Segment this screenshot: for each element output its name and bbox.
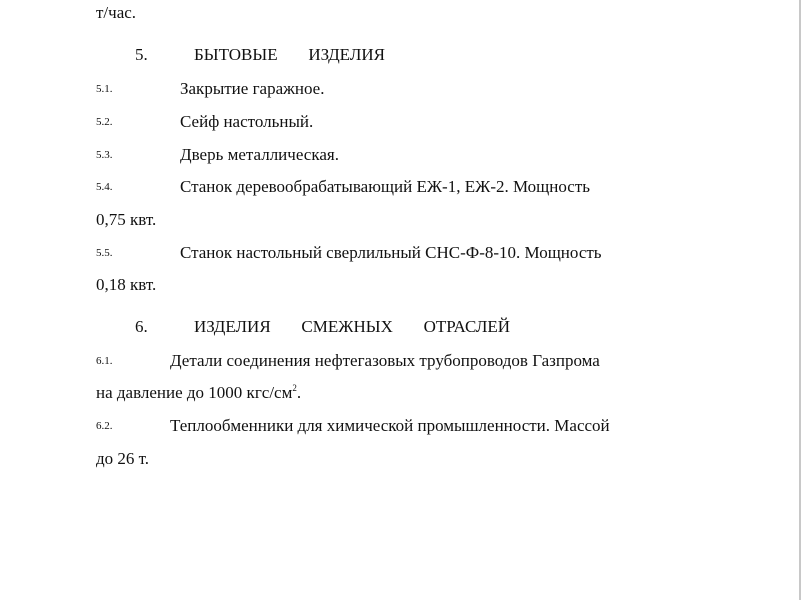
item-number: 5.5. — [96, 243, 113, 263]
item-number: 5.4. — [96, 177, 113, 197]
section-5-number: 5. — [135, 45, 148, 65]
continuation-text: т/час. — [96, 3, 136, 23]
item-number: 6.2. — [96, 416, 113, 436]
item-text: Детали соединения нефтегазовых трубопров… — [170, 351, 600, 371]
item-text: Сейф настольный. — [180, 112, 313, 132]
item-number: 6.1. — [96, 351, 113, 371]
item-text: Теплообменники для химической промышленн… — [170, 416, 610, 436]
item-text: Станок настольный сверлильный СНС-Ф-8-10… — [180, 243, 602, 263]
item-continuation: на давление до 1000 кгс/см2. — [96, 383, 301, 403]
continuation-end: . — [297, 383, 301, 402]
item-continuation: 0,75 квт. — [96, 210, 156, 230]
continuation-main: на давление до 1000 кгс/см — [96, 383, 292, 402]
item-number: 5.2. — [96, 112, 113, 132]
section-6-number: 6. — [135, 317, 148, 337]
item-continuation: до 26 т. — [96, 449, 149, 469]
item-text: Дверь металлическая. — [180, 145, 339, 165]
section-5-title: БЫТОВЫЕ ИЗДЕЛИЯ — [194, 45, 385, 65]
section-6-title: ИЗДЕЛИЯ СМЕЖНЫХ ОТРАСЛЕЙ — [194, 317, 510, 337]
item-number: 5.1. — [96, 79, 113, 99]
item-text: Станок деревообрабатывающий ЕЖ-1, ЕЖ-2. … — [180, 177, 590, 197]
item-number: 5.3. — [96, 145, 113, 165]
item-text: Закрытие гаражное. — [180, 79, 324, 99]
item-continuation: 0,18 квт. — [96, 275, 156, 295]
